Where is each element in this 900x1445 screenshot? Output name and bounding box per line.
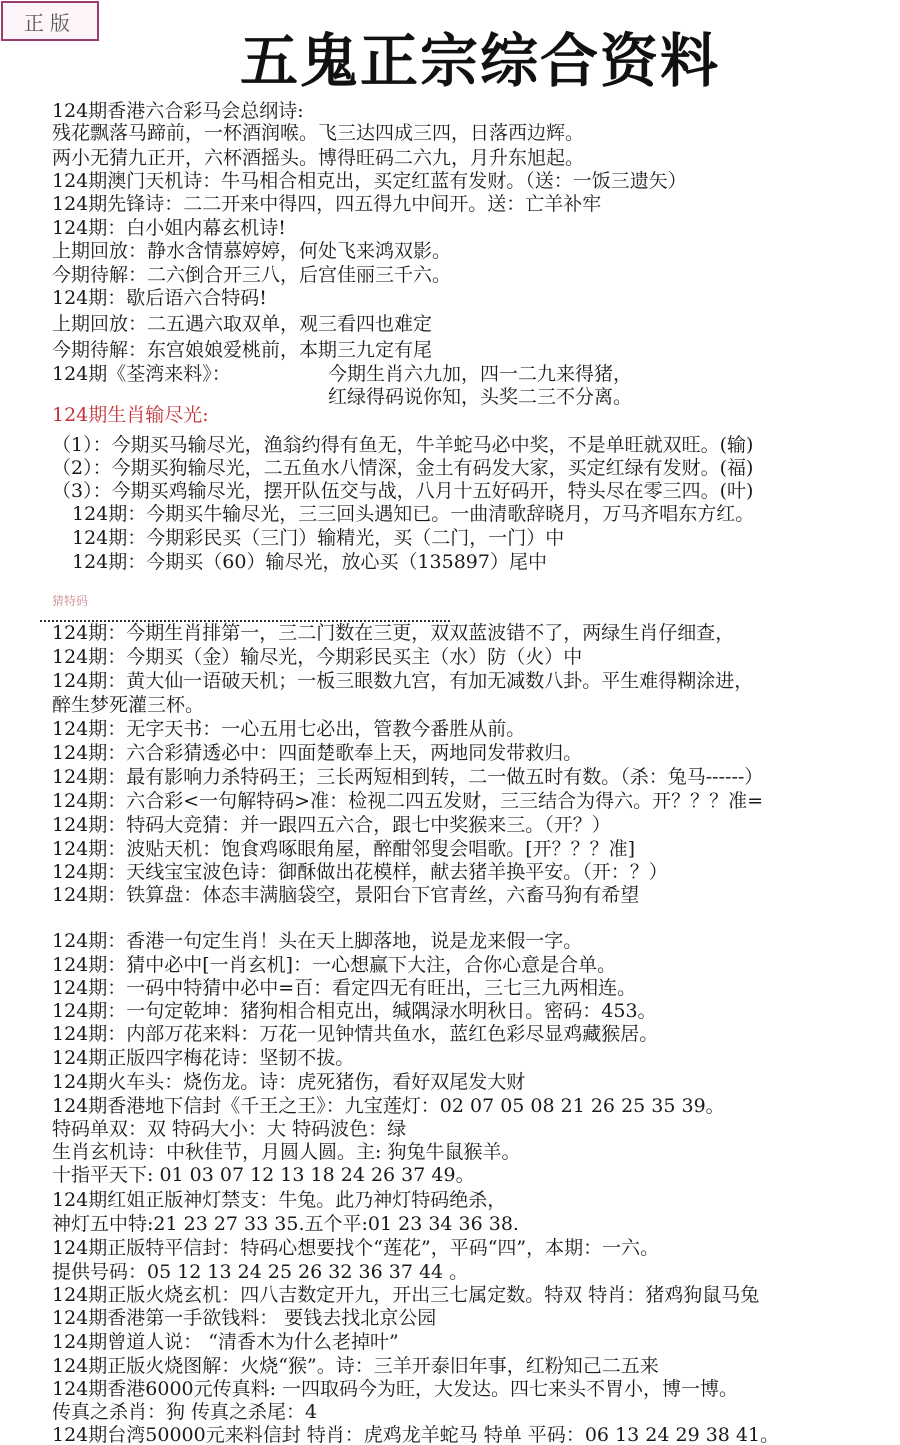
text-line: 124期：黄大仙一语破天机；一板三眼数九宫，有加无减数八卦。平生难得糊涂进， <box>52 670 753 692</box>
text-line: （3）：今期买鸡输尽光，摆开队伍交与战，八月十五好码开，特头尽在零三四。(叶) <box>52 480 753 502</box>
text-line: 今期待解：二六倒合开三八，后宫佳丽三千六。 <box>52 264 451 286</box>
text-line: 124期：今期彩民买（三门）输精光，买（二门，一门）中 <box>72 527 564 549</box>
text-line: 124期：白小姐内幕玄机诗! <box>52 217 286 239</box>
text-line: 上期回放：静水含情慕婷婷，何处飞来鸿双影。 <box>52 240 451 262</box>
text-line: 124期：铁算盘：体态丰满脑袋空，景阳台下官青丝，六畜马狗有希望 <box>52 884 639 906</box>
text-line: 124期香港第一手欲钱料： 要钱去找北京公园 <box>52 1307 436 1329</box>
text-line: 124期正版特平信封：特码心想要找个“莲花”，平码“四”，本期：一六。 <box>52 1237 659 1259</box>
text-line: 124期：今期生肖排第一，三二门数在三更，双双蓝波错不了，两绿生肖仔细查， <box>52 622 734 644</box>
text-line: 上期回放：二五遇六取双单，观三看四也难定 <box>52 313 432 335</box>
text-line: 124期：六合彩猜透必中：四面楚歌奉上天，两地同发带救归。 <box>52 742 582 764</box>
text-line: （2）：今期买狗输尽光，二五鱼水八情深，金土有码发大家，买定红绿有发财。(福) <box>52 457 753 479</box>
text-line: 124期：最有影响力杀特码王；三长两短相到转，二一做五时有数。（杀：兔马----… <box>52 766 763 788</box>
text-line: 124期：内部万花来料：万花一见钟情共鱼水，蓝红色彩尽显鸡藏猴居。 <box>52 1023 658 1045</box>
text-line: 传真之杀肖：狗 传真之杀尾：4 <box>52 1401 317 1423</box>
text-line: 124期先锋诗：二二开来中得四，四五得九中间开。送：亡羊补牢 <box>52 193 601 215</box>
text-line: 生肖玄机诗：中秋佳节，月圆人圆。主: 狗兔牛鼠猴羊。 <box>52 1141 520 1163</box>
text-line: 124期生肖输尽光: <box>52 404 209 426</box>
text-line: （1）：今期买马输尽光，渔翁约得有鱼无，牛羊蛇马必中奖，不是单旺就双旺。(输) <box>52 434 753 456</box>
text-line: 124期：今期买（金）输尽光，今期彩民买主（水）防（火）中 <box>52 646 582 668</box>
text-line: 124期：六合彩<一句解特码>准：检视二四五发财，三三结合为得六。开？？？准= <box>52 790 763 812</box>
text-line: 124期正版火烧玄机：四八吉数定开九，开出三七属定数。特双 特肖：猪鸡狗鼠马兔 <box>52 1284 759 1306</box>
text-line: 124期：天线宝宝波色诗：御酥做出花模样，献去猪羊换平安。（开：？） <box>52 861 668 883</box>
text-line: 124期香港地下信封《千王之王》：九宝莲灯：02 07 05 08 21 26 … <box>52 1095 725 1117</box>
text-line: 神灯五中特:21 23 27 33 35.五个平:01 23 34 36 38. <box>52 1213 519 1235</box>
text-line: 124期正版四字梅花诗：坚韧不拔。 <box>52 1047 354 1069</box>
text-line: 今期待解：东宫娘娘爱桃前，本期三九定有尾 <box>52 339 432 361</box>
text-line: 124期台湾50000元来料信封 特肖：虎鸡龙羊蛇马 特单 平码：06 13 2… <box>52 1424 779 1445</box>
text-line: 124期：波贴天机：饱食鸡啄眼角屋，醉酣邻叟会唱歌。[开？？？准] <box>52 838 635 860</box>
text-line: 猜特码 <box>52 590 88 612</box>
text-line: 今期生肖六九加，四一二九来得猪， <box>328 363 632 385</box>
text-line: 提供号码：05 12 13 24 25 26 32 36 37 44 。 <box>52 1261 468 1283</box>
text-line: 124期《荃湾来料》： <box>52 363 231 385</box>
text-line: 124期曾道人说： “清香木为什么老掉叶” <box>52 1331 399 1353</box>
text-line: 124期：今期买（60）输尽光，放心买（135897）尾中 <box>72 551 547 573</box>
text-line: 十指平天下: 01 03 07 12 13 18 24 26 37 49。 <box>52 1164 475 1186</box>
text-line: 124期正版火烧图解：火烧“猴”。诗：三羊开泰旧年事，红粉知己二五来 <box>52 1355 659 1377</box>
text-line: 两小无猜九正开，六杯酒摇头。博得旺码二六九，月升东旭起。 <box>52 147 584 169</box>
text-line: 124期火车头：烧伤龙。诗：虎死猪伤，看好双尾发大财 <box>52 1071 525 1093</box>
text-line: 124期：特码大竞猜：并一跟四五六合，跟七中奖猴来三。（开？） <box>52 814 611 836</box>
text-line: 红绿得码说你知，头奖二三不分离。 <box>328 386 632 408</box>
text-line: 124期香港六合彩马会总纲诗: <box>52 100 304 122</box>
text-line: 124期：无字天书：一心五用七必出，管教今番胜从前。 <box>52 718 525 740</box>
text-line: 醉生梦死灌三杯。 <box>52 694 204 716</box>
text-line: 124期澳门天机诗：牛马相合相克出，买定红蓝有发财。（送：一饭三遗矢） <box>52 170 687 192</box>
text-line: 124期：猜中必中[一肖玄机]：一心想赢下大注，合你心意是合单。 <box>52 954 616 976</box>
text-line: 残花飘落马蹄前，一杯酒润喉。飞三达四成三四，日落西边辉。 <box>52 122 584 144</box>
text-line: 124期：一码中特猜中必中=百：看定四无有旺出，三七三九两相连。 <box>52 977 636 999</box>
text-line: 124期香港6000元传真料: 一四取码今为旺，大发达。四七来头不胃小，博一博。 <box>52 1378 738 1400</box>
text-line: 特码单双：双 特码大小：大 特码波色：绿 <box>52 1118 406 1140</box>
text-line: 124期：一句定乾坤：猪狗相合相克出，缄隅渌水明秋日。密码：453。 <box>52 1000 657 1022</box>
text-line: 124期：香港一句定生肖！头在天上脚落地，说是龙来假一字。 <box>52 930 582 952</box>
text-line: 124期：今期买牛输尽光，三三回头遇知已。一曲清歌辞晓月，万马齐唱东方红。 <box>72 503 754 525</box>
text-line: 124期红姐正版神灯禁支：牛兔。此乃神灯特码绝杀， <box>52 1189 506 1211</box>
page-title: 五鬼正宗综合资料 <box>0 14 900 98</box>
text-line: 124期：歇后语六合特码! <box>52 287 267 309</box>
